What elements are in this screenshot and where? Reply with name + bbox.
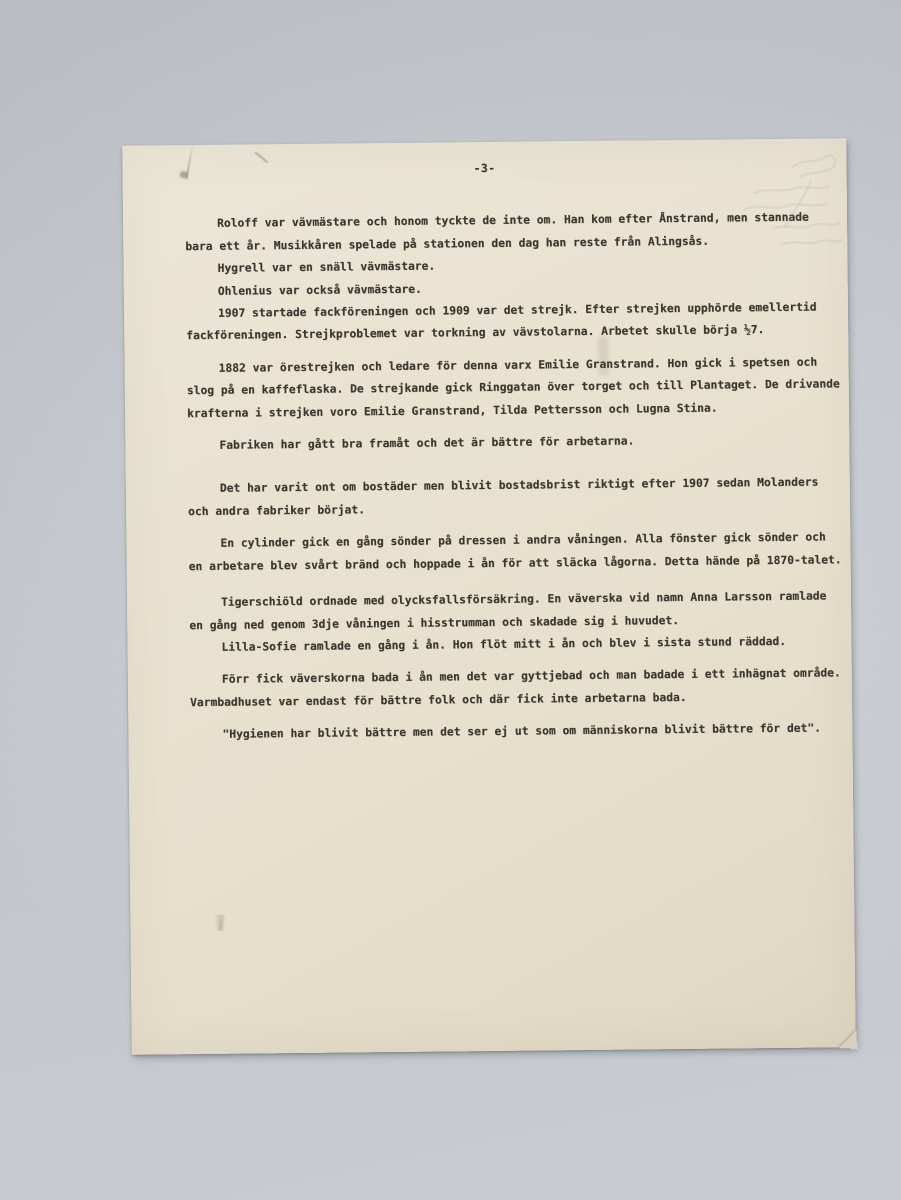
paragraph: Förr fick väverskorna bada i ån men det … bbox=[190, 663, 845, 715]
paragraph: "Hygienen har blivit bättre men det ser … bbox=[190, 717, 845, 746]
text-block: Förr fick väverskorna bada i ån men det … bbox=[190, 663, 845, 715]
corner-fold bbox=[839, 1030, 857, 1048]
ink-bleed-through bbox=[714, 152, 843, 261]
text-block: 1882 var örestrejken och ledare för denn… bbox=[186, 351, 842, 425]
paragraph: 1907 startade fackföreningen och 1909 va… bbox=[186, 296, 841, 348]
paper-sheet: -3- Roloff var vävmästare och honom tyck… bbox=[122, 138, 855, 1055]
text-block: En cylinder gick en gång sönder på dress… bbox=[188, 527, 843, 579]
pencil-smudge bbox=[204, 915, 238, 931]
correction-smudge bbox=[598, 337, 608, 375]
document-body: Roloff var vävmästare och honom tyckte d… bbox=[185, 207, 846, 747]
crease-mark bbox=[180, 171, 188, 178]
text-block: Det har varit ont om bostäder men blivit… bbox=[188, 472, 843, 524]
paragraph: 1882 var örestrejken och ledare för denn… bbox=[186, 351, 842, 425]
paragraph: En cylinder gick en gång sönder på dress… bbox=[188, 527, 843, 579]
text-block: Tigerschiöld ordnade med olycksfallsförs… bbox=[189, 585, 845, 659]
paragraph: Tigerschiöld ordnade med olycksfallsförs… bbox=[189, 585, 844, 637]
paragraph: Fabriken har gått bra framåt och det är … bbox=[187, 428, 842, 457]
paragraph: Det har varit ont om bostäder men blivit… bbox=[188, 472, 843, 524]
text-block: "Hygienen har blivit bättre men det ser … bbox=[190, 717, 845, 746]
text-block: Fabriken har gått bra framåt och det är … bbox=[187, 428, 842, 457]
